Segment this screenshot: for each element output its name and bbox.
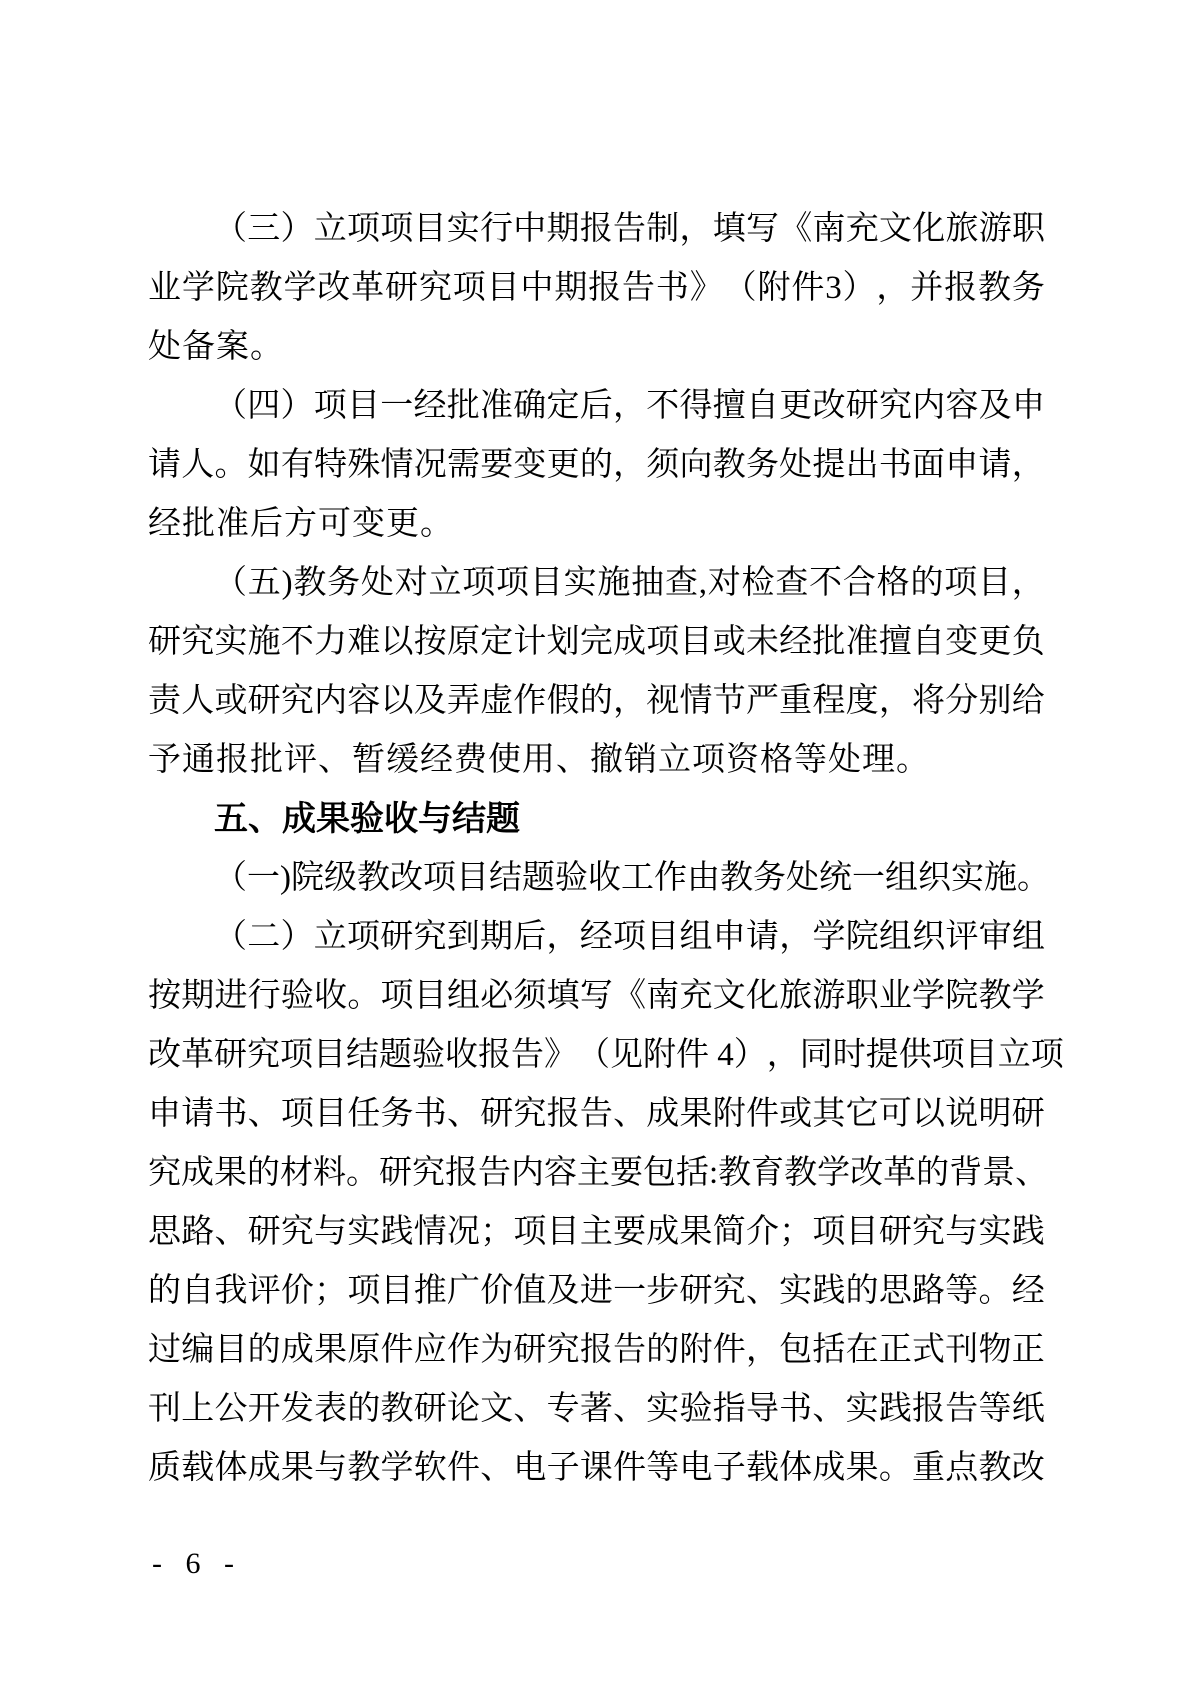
text-line: 按期进行验收。项目组必须填写《南充文化旅游职业学院教学 [148,967,1045,1026]
text-line: 刊上公开发表的教研论文、专著、实验指导书、实践报告等纸 [148,1380,1045,1439]
text-line: 申请书、项目任务书、研究报告、成果附件或其它可以说明研 [148,1085,1045,1144]
text-line: 的自我评价；项目推广价值及进一步研究、实践的思路等。经 [148,1262,1045,1321]
text-line: （一)院级教改项目结题验收工作由教务处统一组织实施。 [148,849,1045,908]
section-heading: 五、成果验收与结题 [148,790,1045,849]
text-line: 处备案。 [148,318,1045,377]
text-line: （三）立项项目实行中期报告制，填写《南充文化旅游职 [148,200,1045,259]
text-line: 研究实施不力难以按原定计划完成项目或未经批准擅自变更负 [148,613,1045,672]
text-line: 业学院教学改革研究项目中期报告书》（附件3），并报教务 [148,259,1045,318]
page-number: - 6 - [152,1542,242,1586]
document-body: （三）立项项目实行中期报告制，填写《南充文化旅游职业学院教学改革研究项目中期报告… [148,200,1045,1498]
text-line: （二）立项研究到期后，经项目组申请，学院组织评审组 [148,908,1045,967]
text-line: 请人。如有特殊情况需要变更的，须向教务处提出书面申请， [148,436,1045,495]
text-line: 质载体成果与教学软件、电子课件等电子载体成果。重点教改 [148,1439,1045,1498]
text-line: 责人或研究内容以及弄虚作假的，视情节严重程度，将分别给 [148,672,1045,731]
document-page: （三）立项项目实行中期报告制，填写《南充文化旅游职业学院教学改革研究项目中期报告… [0,0,1191,1684]
text-line: 思路、研究与实践情况；项目主要成果简介；项目研究与实践 [148,1203,1045,1262]
text-line: 予通报批评、暂缓经费使用、撤销立项资格等处理。 [148,731,1045,790]
text-line: 改革研究项目结题验收报告》（见附件 4），同时提供项目立项 [148,1026,1045,1085]
text-line: 过编目的成果原件应作为研究报告的附件，包括在正式刊物正 [148,1321,1045,1380]
text-line: （五)教务处对立项项目实施抽查,对检查不合格的项目， [148,554,1045,613]
text-line: （四）项目一经批准确定后，不得擅自更改研究内容及申 [148,377,1045,436]
text-line: 经批准后方可变更。 [148,495,1045,554]
text-line: 究成果的材料。研究报告内容主要包括:教育教学改革的背景、 [148,1144,1045,1203]
